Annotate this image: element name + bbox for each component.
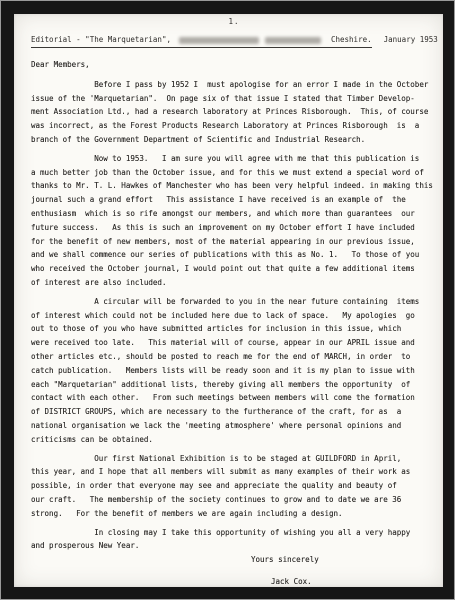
- scanned-letter-page: 1. Editorial - "The Marquetarian", Chesh…: [0, 0, 455, 600]
- signature: Jack Cox.: [271, 575, 437, 587]
- paragraph: A circular will be forwarded to you in t…: [31, 295, 437, 447]
- redaction-block: [179, 37, 259, 44]
- header-date: January 1953: [384, 34, 438, 48]
- paragraph: Before I pass by 1952 I must apologise f…: [31, 78, 437, 147]
- salutation: Dear Members,: [31, 58, 437, 72]
- header-underlined-group: Editorial - "The Marquetarian", Cheshire…: [31, 34, 372, 48]
- redacted-address: [179, 37, 321, 44]
- paper: 1. Editorial - "The Marquetarian", Chesh…: [14, 14, 443, 587]
- letter-header: Editorial - "The Marquetarian", Cheshire…: [31, 34, 437, 48]
- page-number: 1.: [31, 17, 437, 27]
- header-title: Editorial - "The Marquetarian",: [31, 34, 171, 45]
- redaction-block: [265, 37, 321, 44]
- header-county: Cheshire.: [331, 34, 372, 45]
- paragraph: Our first National Exhibition is to be s…: [31, 452, 437, 521]
- letter-body: Dear Members, Before I pass by 1952 I mu…: [31, 58, 437, 587]
- valediction: Yours sincerely: [251, 553, 437, 567]
- paragraph: Now to 1953. I am sure you will agree wi…: [31, 152, 437, 290]
- paragraph: In closing may I take this opportunity o…: [31, 526, 437, 554]
